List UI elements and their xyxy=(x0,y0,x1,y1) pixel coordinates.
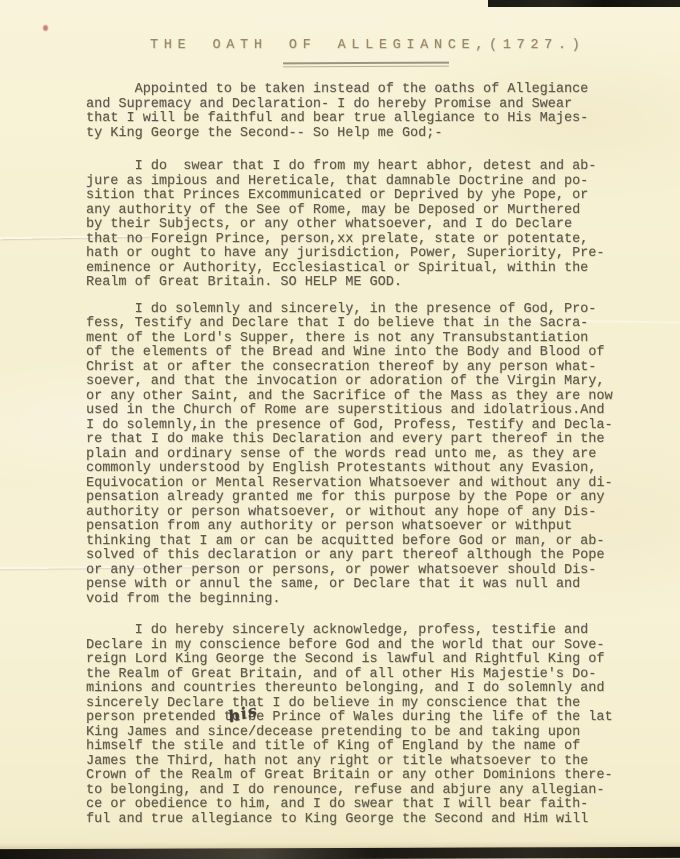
paragraph-abjuration: I do hereby sincerely acknowledge, profe… xyxy=(86,624,631,827)
red-ink-speck xyxy=(43,25,48,31)
typewritten-document: THE OATH OF ALLEGIANCE,(1727.) Appointed… xyxy=(86,38,631,827)
paragraph-oath-of-supremacy: I do swear that I do from my heart abhor… xyxy=(86,160,631,291)
document-title: THE OATH OF ALLEGIANCE,(1727.) xyxy=(150,38,631,53)
scan-edge-top xyxy=(488,0,680,7)
scan-edge-bottom xyxy=(0,847,680,859)
title-underline xyxy=(283,62,449,68)
paragraph-oath-of-allegiance: Appointed to be taken instead of the oat… xyxy=(86,83,631,141)
paragraph-declaration: I do solemnly and sincerely, in the pres… xyxy=(86,303,631,608)
